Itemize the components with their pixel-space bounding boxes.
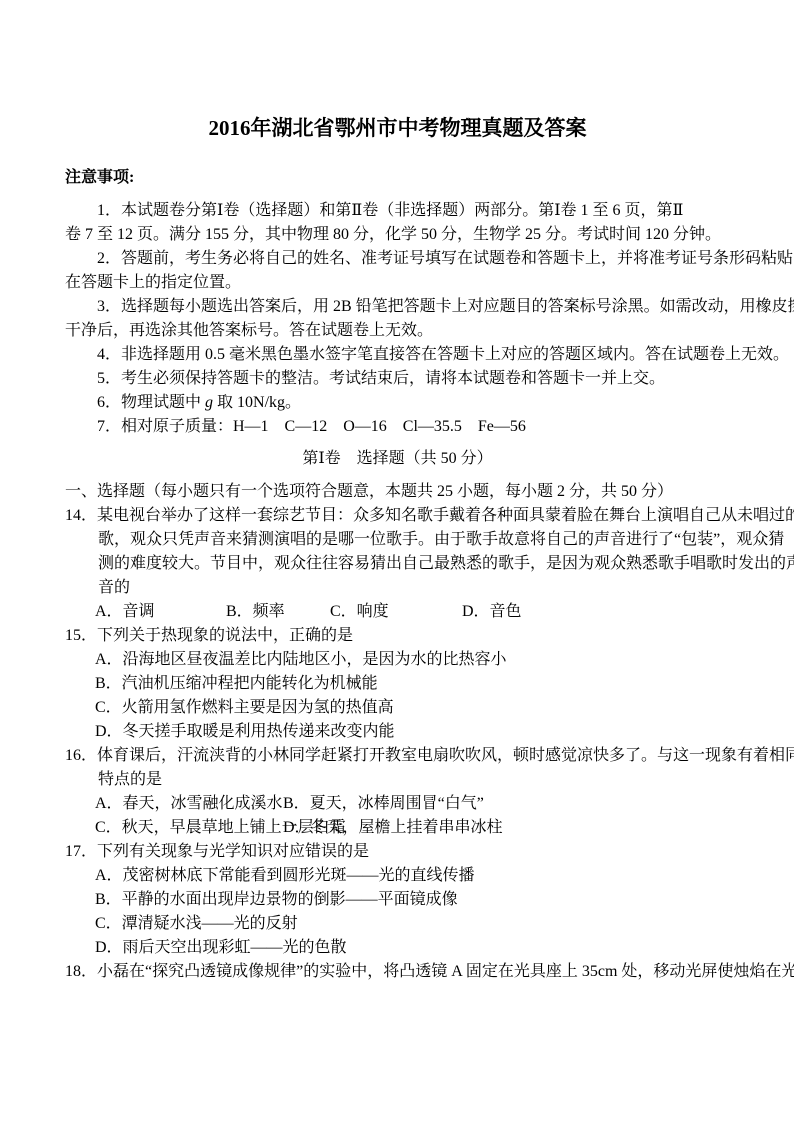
option-14-a: A．音调 — [95, 600, 155, 624]
option-15-b: B．汽油机压缩冲程把内能转化为机械能 — [65, 672, 730, 696]
notice-4: 4．非选择题用 0.5 毫米黑色墨水签字笔直接答在答题卡上对应的答题区域内。答在… — [65, 343, 730, 367]
question-14-stem-line-3: 测的难度较大。节目中，观众往往容易猜出自己最熟悉的歌手，是因为观众熟悉歌手唱歌时… — [65, 552, 730, 576]
option-17-c: C．潭清疑水浅——光的反射 — [65, 912, 730, 936]
option-15-c: C．火箭用氢作燃料主要是因为氢的热值高 — [65, 696, 730, 720]
notice-6-suffix: 取 10N/kg。 — [213, 394, 301, 411]
notice-list: 1．本试题卷分第Ⅰ卷（选择题）和第Ⅱ卷（非选择题）两部分。第Ⅰ卷 1 至 6 页… — [65, 199, 730, 439]
notice-2-line-1: 2．答题前，考生务必将自己的姓名、准考证号填写在试题卷和答题卡上，并将准考证号条… — [65, 247, 730, 271]
question-15-stem: 15．下列关于热现象的说法中，正确的是 — [65, 624, 730, 648]
option-16-a: A．春天，冰雪融化成溪水 — [95, 792, 283, 816]
question-15: 15．下列关于热现象的说法中，正确的是 A．沿海地区昼夜温差比内陆地区小，是因为… — [65, 624, 730, 744]
question-18: 18．小磊在“探究凸透镜成像规律”的实验中，将凸透镜 A 固定在光具座上 35c… — [65, 960, 730, 984]
page-title: 2016年湖北省鄂州市中考物理真题及答案 — [65, 117, 730, 140]
notice-5: 5．考生必须保持答题卡的整洁。考试结束后，请将本试题卷和答题卡一并上交。 — [65, 367, 730, 391]
question-16-options-row-1: A．春天，冰雪融化成溪水 B．夏天，冰棒周围冒“白气” — [65, 792, 730, 816]
section-heading: 第Ⅰ卷 选择题（共 50 分） — [65, 447, 730, 471]
notice-3-line-1: 3．选择题每小题选出答案后，用 2B 铅笔把答题卡上对应题目的答案标号涂黑。如需… — [65, 295, 730, 319]
notice-7: 7．相对原子质量：H—1 C—12 O—16 Cl—35.5 Fe—56 — [65, 415, 730, 439]
option-17-d: D．雨后天空出现彩虹——光的色散 — [65, 936, 730, 960]
notice-1-line-1: 1．本试题卷分第Ⅰ卷（选择题）和第Ⅱ卷（非选择题）两部分。第Ⅰ卷 1 至 6 页… — [65, 199, 730, 223]
question-16: 16．体育课后，汗流浃背的小林同学赶紧打开教室电扇吹吹风，顿时感觉凉快多了。与这… — [65, 744, 730, 840]
option-15-a: A．沿海地区昼夜温差比内陆地区小，是因为水的比热容小 — [65, 648, 730, 672]
exam-paper-page: 2016年湖北省鄂州市中考物理真题及答案 注意事项: 1．本试题卷分第Ⅰ卷（选择… — [0, 0, 794, 1123]
notice-1-line-2: 卷 7 至 12 页。满分 155 分，其中物理 80 分，化学 50 分，生物… — [65, 223, 730, 247]
question-16-options-row-2: C．秋天，早晨草地上铺上一层白霜 D．冬天，屋檐上挂着串串冰柱 — [65, 816, 730, 840]
notice-heading: 注意事项: — [65, 166, 730, 190]
option-14-c: C．响度 — [330, 600, 389, 624]
question-14-stem-line-1: 14．某电视台举办了这样一套综艺节目：众多知名歌手戴着各种面具蒙着脸在舞台上演唱… — [65, 504, 730, 528]
question-16-stem-line-1: 16．体育课后，汗流浃背的小林同学赶紧打开教室电扇吹吹风，顿时感觉凉快多了。与这… — [65, 744, 730, 768]
option-15-d: D．冬天搓手取暖是利用热传递来改变内能 — [65, 720, 730, 744]
option-14-d: D．音色 — [462, 600, 522, 624]
notice-3-line-2: 干净后，再选涂其他答案标号。答在试题卷上无效。 — [65, 319, 730, 343]
notice-6-prefix: 6．物理试题中 — [97, 394, 205, 411]
notice-6: 6．物理试题中 g 取 10N/kg。 — [65, 391, 730, 415]
option-16-b: B．夏天，冰棒周围冒“白气” — [283, 792, 484, 816]
question-17: 17．下列有关现象与光学知识对应错误的是 A．茂密树林底下常能看到圆形光斑——光… — [65, 840, 730, 960]
option-14-b: B．频率 — [226, 600, 285, 624]
question-18-stem-line-1: 18．小磊在“探究凸透镜成像规律”的实验中，将凸透镜 A 固定在光具座上 35c… — [65, 960, 730, 984]
question-14-stem-line-4: 音的 — [65, 576, 730, 600]
question-16-stem-line-2: 特点的是 — [65, 768, 730, 792]
option-17-a: A．茂密树林底下常能看到圆形光斑——光的直线传播 — [65, 864, 730, 888]
option-16-d: D．冬天，屋檐上挂着串串冰柱 — [283, 816, 503, 840]
question-14-options-row: A．音调 B．频率 C．响度 D．音色 — [65, 600, 730, 624]
question-14: 14．某电视台举办了这样一套综艺节目：众多知名歌手戴着各种面具蒙着脸在舞台上演唱… — [65, 504, 730, 624]
option-17-b: B．平静的水面出现岸边景物的倒影——平面镜成像 — [65, 888, 730, 912]
question-17-stem: 17．下列有关现象与光学知识对应错误的是 — [65, 840, 730, 864]
gravity-symbol: g — [205, 394, 213, 411]
part-heading: 一、选择题（每小题只有一个选项符合题意，本题共 25 小题，每小题 2 分，共 … — [65, 480, 730, 504]
notice-2-line-2: 在答题卡上的指定位置。 — [65, 271, 730, 295]
question-14-stem-line-2: 歌，观众只凭声音来猜测演唱的是哪一位歌手。由于歌手故意将自己的声音进行了“包装”… — [65, 528, 730, 552]
